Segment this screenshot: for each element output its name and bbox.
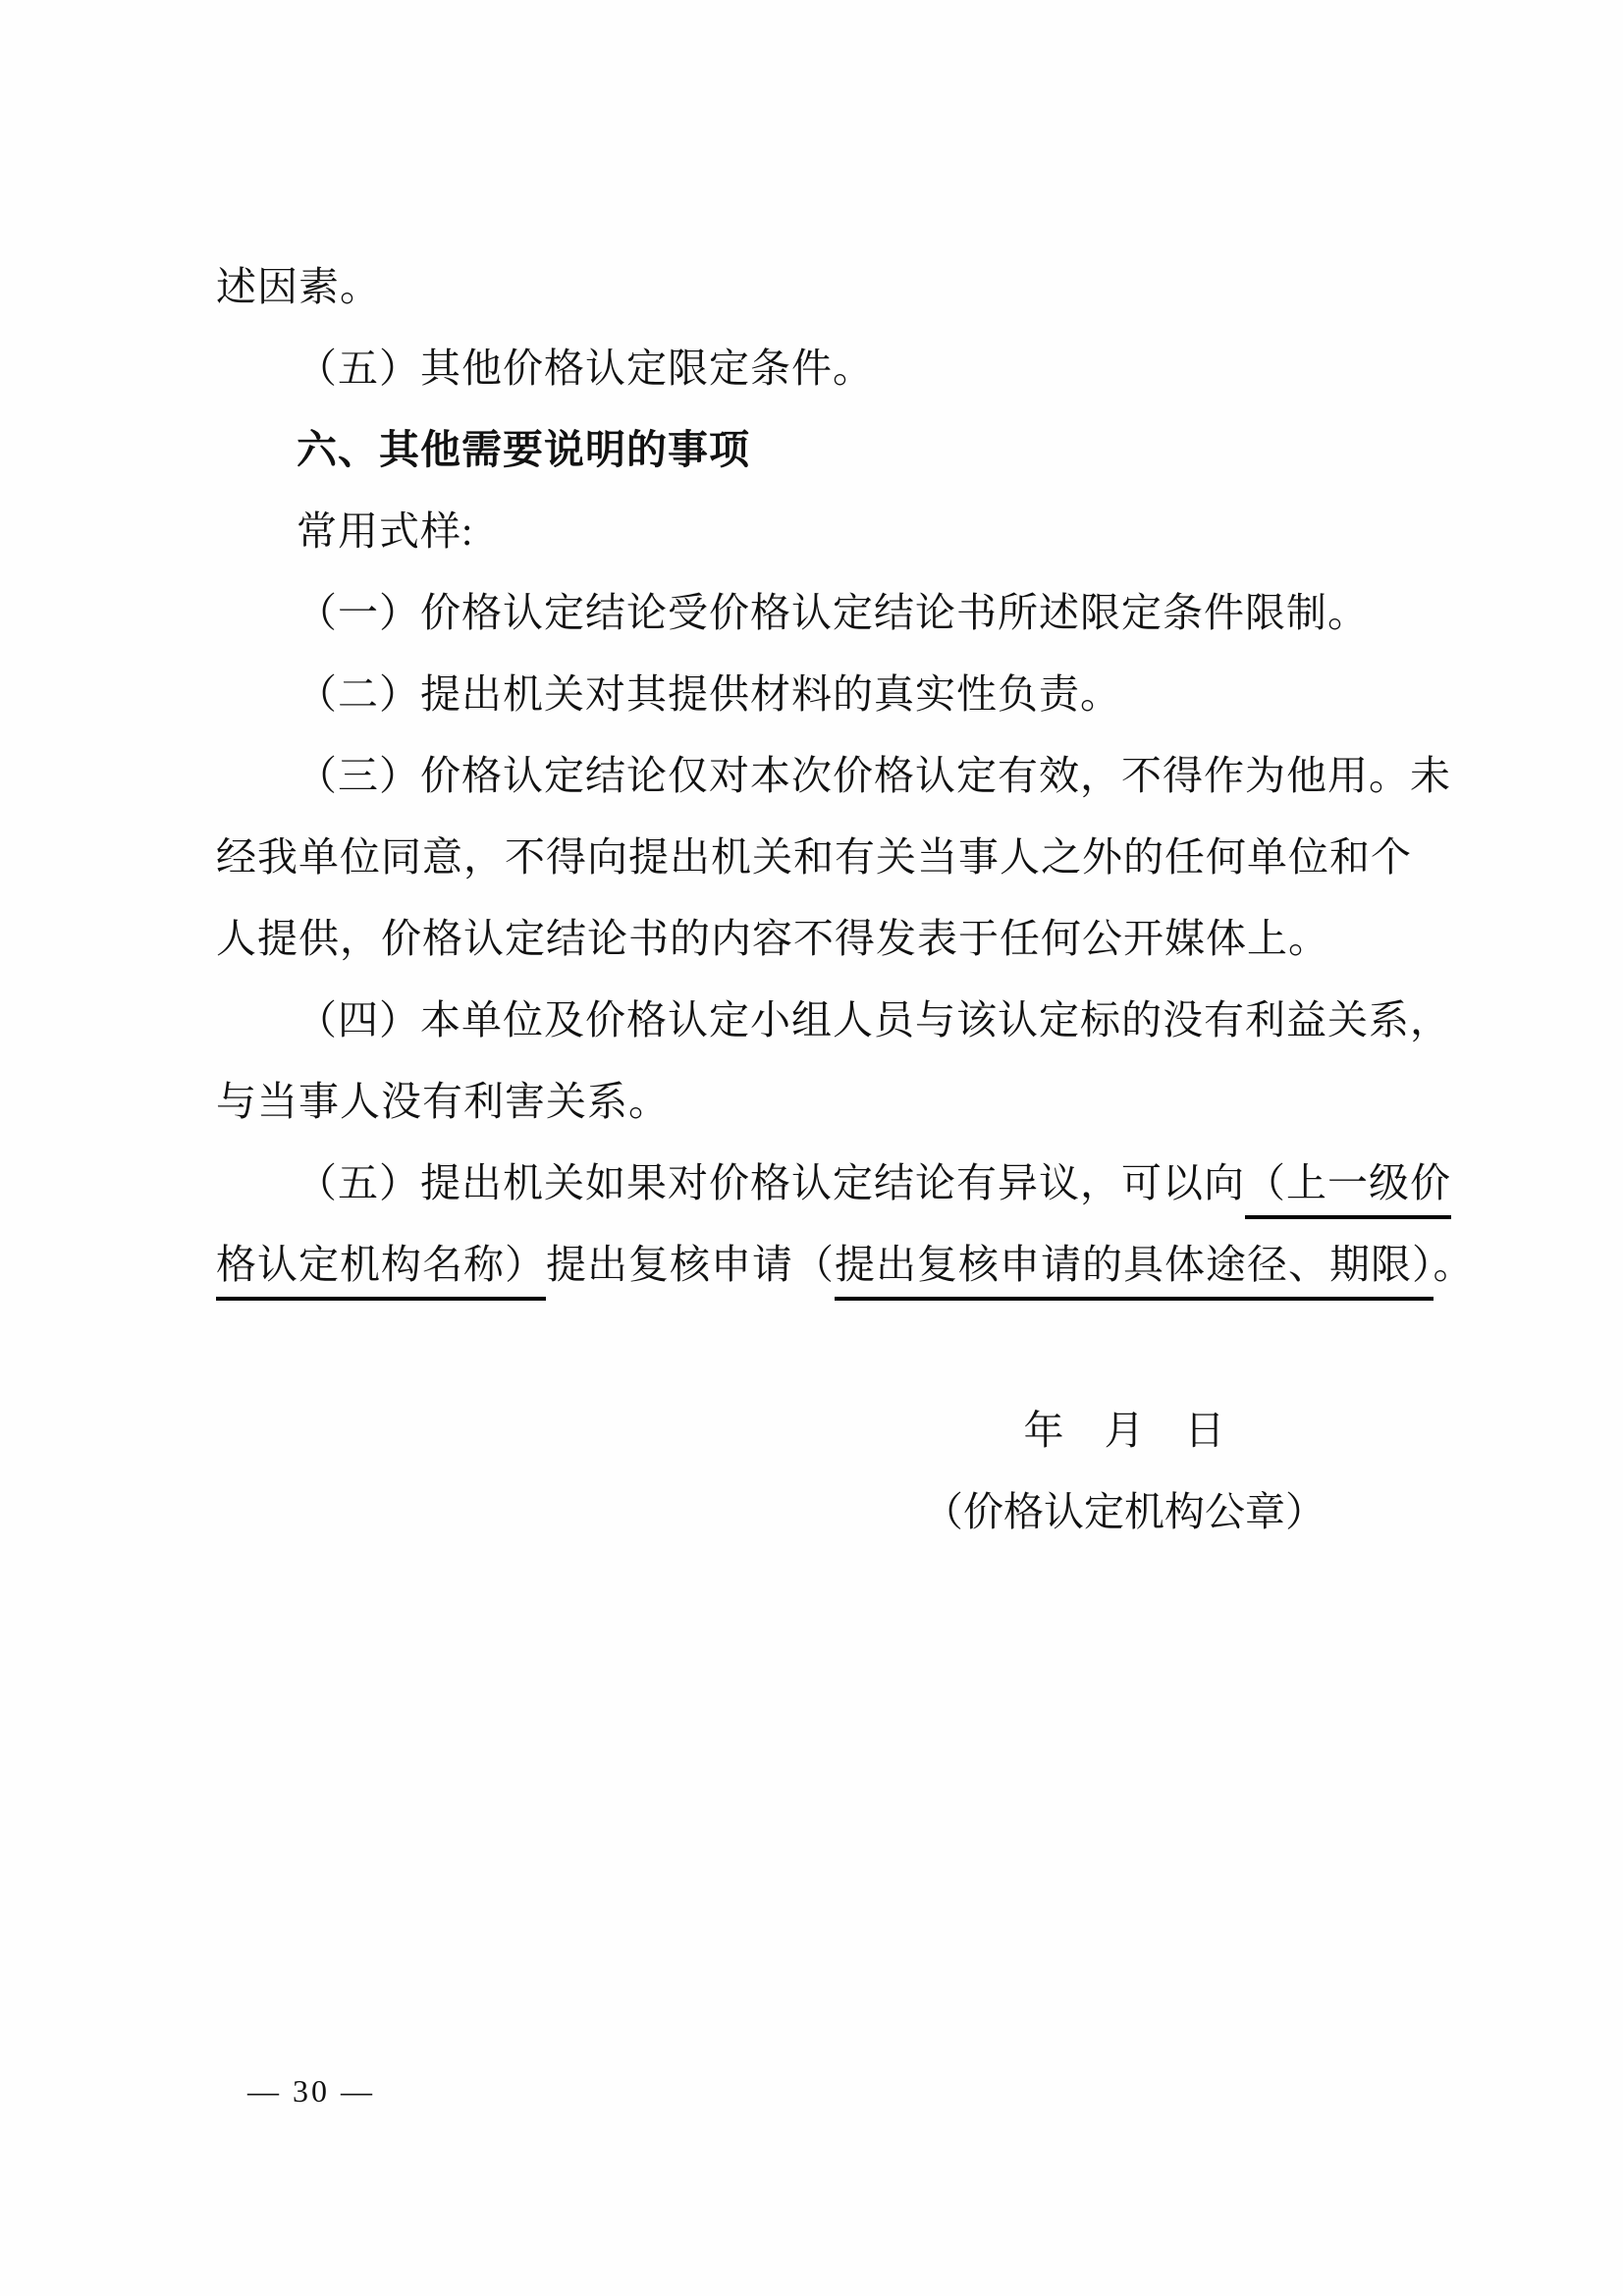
paragraph-line: 格认定机构名称）提出复核申请（提出复核申请的具体途径、期限）。 <box>216 1224 1453 1306</box>
paragraph-text: （四）本单位及价格认定小组人员与该认定标的没有利益关系， <box>297 997 1451 1042</box>
paragraph-line: 述因素。 <box>216 246 1453 328</box>
paragraph-line: 经我单位同意，不得向提出机关和有关当事人之外的任何单位和个 <box>216 817 1453 898</box>
paragraph-text: 常用式样: <box>297 508 473 554</box>
paragraph-text: （五）其他价格认定限定条件。 <box>297 346 874 391</box>
page-number: — 30 — <box>247 2067 375 2114</box>
signature-block: 年 月 日 （价格认定机构公章） <box>913 1390 1335 1553</box>
paragraph-text: （一）价格认定结论受价格认定结论书所述限定条件限制。 <box>297 590 1369 635</box>
paragraph-line: （二）提出机关对其提供材料的真实性负责。 <box>216 654 1453 735</box>
paragraph-text: （二）提出机关对其提供材料的真实性负责。 <box>297 671 1121 717</box>
paragraph-text: 经我单位同意，不得向提出机关和有关当事人之外的任何单位和个 <box>216 834 1412 880</box>
paragraph-line: 与当事人没有利害关系。 <box>216 1061 1453 1143</box>
paragraph-line: 人提供，价格认定结论书的内容不得发表于任何公开媒体上。 <box>216 898 1453 980</box>
underlined-blank: 提出复核申请的具体途径、期限） <box>835 1242 1434 1301</box>
paragraph-line: （一）价格认定结论受价格认定结论书所述限定条件限制。 <box>216 572 1453 654</box>
document-page: 述因素。 （五）其他价格认定限定条件。 六、其他需要说明的事项 常用式样: （一… <box>0 0 1623 2296</box>
paragraph-line: （五）其他价格认定限定条件。 <box>216 328 1453 409</box>
paragraph-line: （五）提出机关如果对价格认定结论有异议，可以向（上一级价 <box>216 1143 1453 1224</box>
seal-line: （价格认定机构公章） <box>913 1471 1335 1553</box>
document-body: 述因素。 （五）其他价格认定限定条件。 六、其他需要说明的事项 常用式样: （一… <box>216 246 1453 1306</box>
paragraph-text: 与当事人没有利害关系。 <box>216 1079 670 1124</box>
date-line: 年 月 日 <box>913 1390 1335 1471</box>
paragraph-text: 人提供，价格认定结论书的内容不得发表于任何公开媒体上。 <box>216 916 1329 961</box>
paragraph-line: （三）价格认定结论仅对本次价格认定有效，不得作为他用。未 <box>216 735 1453 817</box>
section-heading-text: 六、其他需要说明的事项 <box>297 427 750 472</box>
paragraph-text: 提出复核申请（ <box>546 1242 835 1287</box>
paragraph-line: 常用式样: <box>216 491 1453 572</box>
section-heading: 六、其他需要说明的事项 <box>216 409 1453 491</box>
paragraph-text: 述因素。 <box>216 264 381 309</box>
paragraph-text: （三）价格认定结论仅对本次价格认定有效，不得作为他用。未 <box>297 753 1451 798</box>
paragraph-text: 。 <box>1434 1242 1475 1287</box>
date-line-text: 年 月 日 <box>1024 1408 1225 1453</box>
underlined-blank: 格认定机构名称） <box>216 1242 546 1301</box>
seal-line-text: （价格认定机构公章） <box>923 1489 1325 1534</box>
underlined-blank: （上一级价 <box>1245 1160 1451 1219</box>
paragraph-line: （四）本单位及价格认定小组人员与该认定标的没有利益关系， <box>216 980 1453 1061</box>
paragraph-text: （五）提出机关如果对价格认定结论有异议，可以向 <box>297 1160 1245 1205</box>
